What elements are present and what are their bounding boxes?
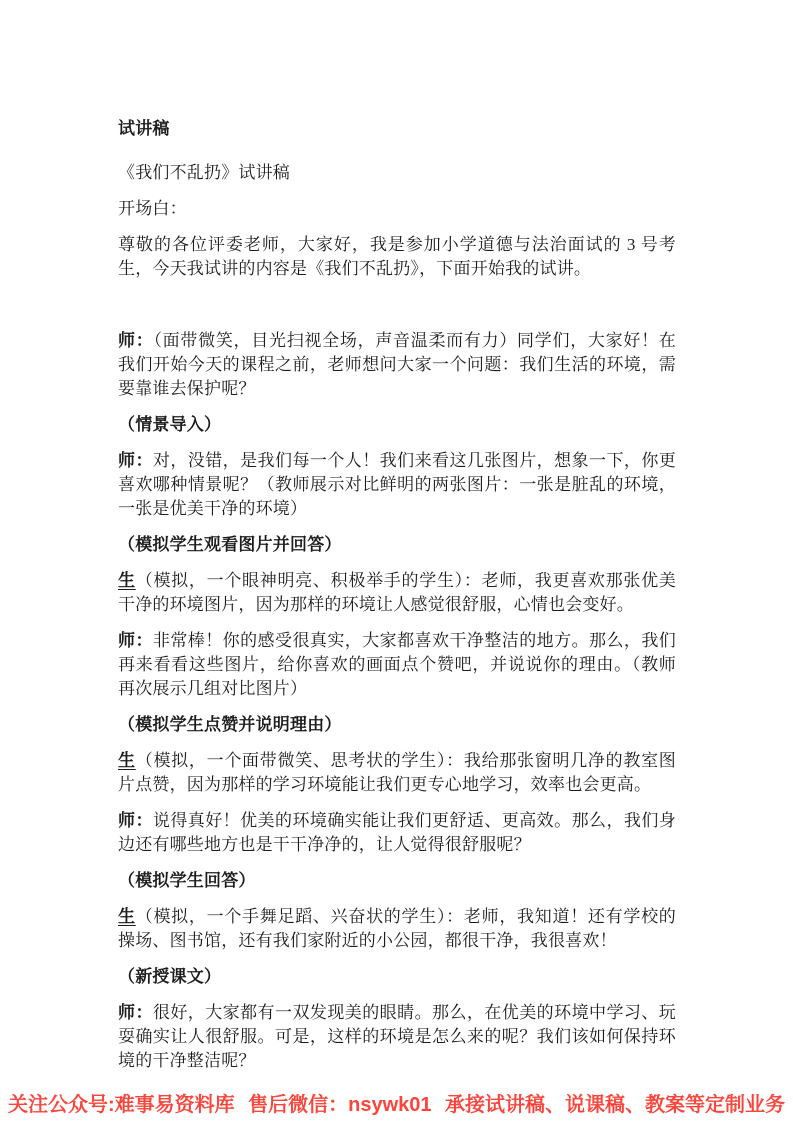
- dialogue-text: （面带微笑，目光扫视全场，声音温柔而有力）同学们，大家好！在我们开始今天的课程之…: [118, 331, 676, 398]
- teacher-speaker-label: 师：: [118, 1003, 153, 1022]
- teacher-speaker-label: 师：: [118, 451, 153, 470]
- student-line: 生（模拟，一个手舞足蹈、兴奋状的学生）：老师，我知道！还有学校的操场、图书馆，还…: [118, 905, 676, 953]
- student-speaker-label: 生: [118, 907, 136, 926]
- student-line: 生（模拟，一个面带微笑、思考状的学生）：我给那张窗明几净的教室图片点赞，因为那样…: [118, 749, 676, 797]
- document-page: 试讲稿《我们不乱扔》试讲稿开场白：尊敬的各位评委老师，大家好，我是参加小学道德与…: [0, 0, 793, 1122]
- footer-wechat-contact: 售后微信：nsywk01: [248, 1092, 431, 1118]
- blank-line: [118, 293, 676, 317]
- teacher-line: 师：非常棒！你的感受很真实，大家都喜欢干净整洁的地方。那么，我们再来看看这些图片…: [118, 629, 676, 701]
- stage-direction-heading: （模拟学生回答）: [118, 869, 676, 893]
- dialogue-text: 非常棒！你的感受很真实，大家都喜欢干净整洁的地方。那么，我们再来看看这些图片，给…: [118, 631, 676, 698]
- student-speaker-label: 生: [118, 571, 136, 590]
- footer-banner: 关注公众号:难事易资料库 售后微信：nsywk01 承接试讲稿、说课稿、教案等定…: [0, 1092, 793, 1118]
- teacher-speaker-label: 师：: [118, 811, 153, 830]
- stage-direction-heading: （新授课文）: [118, 965, 676, 989]
- dialogue-text: （模拟，一个面带微笑、思考状的学生）：我给那张窗明几净的教室图片点赞，因为那样的…: [118, 751, 676, 794]
- dialogue-text: （模拟，一个手舞足蹈、兴奋状的学生）：老师，我知道！还有学校的操场、图书馆，还有…: [118, 907, 676, 950]
- footer-services: 承接试讲稿、说课稿、教案等定制业务: [445, 1092, 785, 1118]
- student-line: 生（模拟，一个眼神明亮、积极举手的学生）：老师，我更喜欢那张优美干净的环境图片，…: [118, 569, 676, 617]
- teacher-line: 师：很好，大家都有一双发现美的眼睛。那么，在优美的环境中学习、玩耍确实让人很舒服…: [118, 1001, 676, 1073]
- stage-direction-heading: （模拟学生观看图片并回答）: [118, 533, 676, 557]
- stage-direction-heading: （情景导入）: [118, 413, 676, 437]
- paragraph: 尊敬的各位评委老师，大家好，我是参加小学道德与法治面试的 3 号考生，今天我试讲…: [118, 233, 676, 281]
- dialogue-text: （模拟，一个眼神明亮、积极举手的学生）：老师，我更喜欢那张优美干净的环境图片，因…: [118, 571, 676, 614]
- paragraph: 开场白：: [118, 197, 676, 221]
- teacher-line: 师：对，没错，是我们每一个人！我们来看这几张图片，想象一下，你更喜欢哪种情景呢？…: [118, 449, 676, 521]
- document-title: 试讲稿: [118, 117, 676, 141]
- dialogue-text: 说得真好！优美的环境确实能让我们更舒适、更高效。那么，我们身边还有哪些地方也是干…: [118, 811, 676, 854]
- dialogue-text: 很好，大家都有一双发现美的眼睛。那么，在优美的环境中学习、玩耍确实让人很舒服。可…: [118, 1003, 676, 1070]
- stage-direction-heading: （模拟学生点赞并说明理由）: [118, 713, 676, 737]
- teacher-speaker-label: 师：: [118, 331, 153, 350]
- student-speaker-label: 生: [118, 751, 136, 770]
- teacher-speaker-label: 师：: [118, 631, 153, 650]
- lecture-script-body: 试讲稿《我们不乱扔》试讲稿开场白：尊敬的各位评委老师，大家好，我是参加小学道德与…: [0, 0, 793, 1085]
- paragraph: 《我们不乱扔》试讲稿: [118, 161, 676, 185]
- dialogue-text: 对，没错，是我们每一个人！我们来看这几张图片，想象一下，你更喜欢哪种情景呢？（教…: [118, 451, 676, 518]
- teacher-line: 师：（面带微笑，目光扫视全场，声音温柔而有力）同学们，大家好！在我们开始今天的课…: [118, 329, 676, 401]
- teacher-line: 师：说得真好！优美的环境确实能让我们更舒适、更高效。那么，我们身边还有哪些地方也…: [118, 809, 676, 857]
- footer-official-account: 关注公众号:难事易资料库: [8, 1092, 235, 1118]
